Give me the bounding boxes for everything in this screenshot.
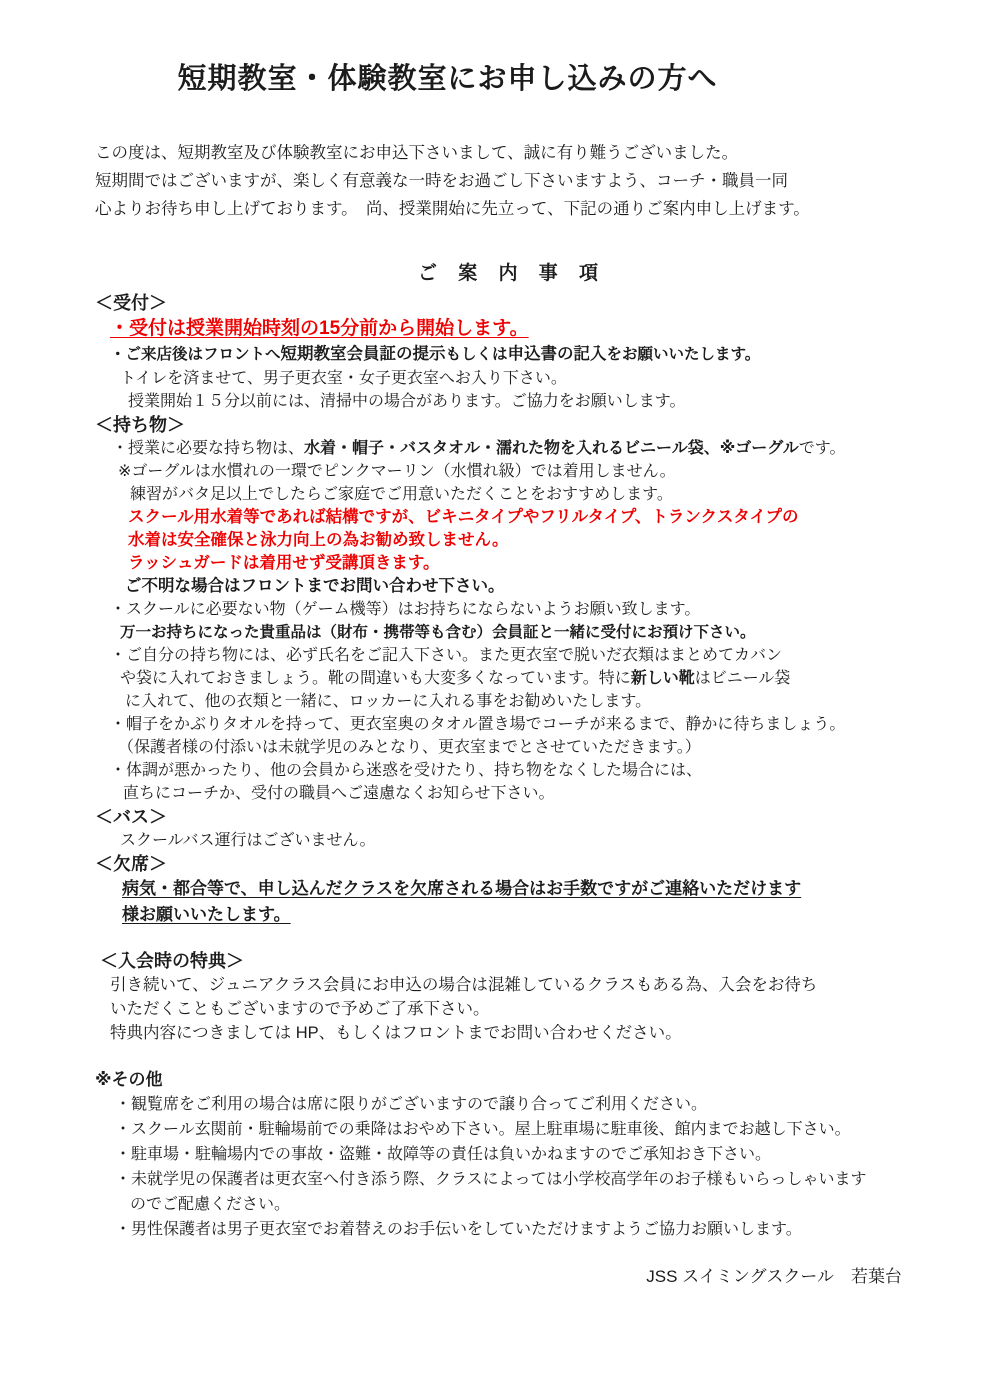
- reception-line-3: トイレを済ませて、男子更衣室・女子更衣室へお入り下さい。: [120, 367, 990, 390]
- benefits-line-1: 引き続いて、ジュニアクラス会員にお申込の場合は混雑しているクラスもある為、入会を…: [110, 973, 990, 997]
- rashguard-warning: ラッシュガードは着用せず受講頂きます。: [128, 552, 990, 575]
- bus-line: スクールバス運行はございません。: [120, 829, 990, 852]
- contact-front-notice: ご不明な場合はフロントまでお問い合わせ下さい。: [125, 575, 990, 598]
- item3-l2-a: や袋に入れておきましょう。靴の間違いも大変多くなっています。特に: [120, 670, 631, 687]
- belongings-goggle-note-1: ※ゴーグルは水慣れの一環でピンクマーリン（水慣れ級）では着用しません。: [118, 460, 990, 483]
- section-heading-bus: ＜バス＞: [95, 805, 990, 829]
- reception-front-line: ・ご来店後はフロントへ短期教室会員証の提示もしくは申込書の記入をお願いいたします…: [110, 342, 990, 367]
- section-heading-absence: ＜欠席＞: [95, 852, 990, 876]
- belongings-item1-required: 水着・帽子・バスタオル・濡れた物を入れるビニール袋、※ゴーグル: [304, 440, 799, 457]
- belongings-item-4-line-1: ・帽子をかぶりタオルを持って、更衣室奥のタオル置き場でコーチが来るまで、静かに待…: [110, 713, 990, 736]
- notice-header: ご 案 内 事 項: [0, 258, 990, 285]
- belongings-item1-c: です。: [799, 440, 846, 457]
- swimwear-warning-1: スクール用水着等であれば結構ですが、ビキニタイプやフリルタイプ、トランクスタイプ…: [128, 506, 990, 529]
- belongings-item-5-line-2: 直ちにコーチか、受付の職員へご遠慮なくお知らせ下さい。: [123, 782, 990, 805]
- item3-l2-new-shoes: 新しい靴: [631, 670, 695, 687]
- belongings-goggle-note-2: 練習がバタ足以上でしたらご家庭でご用意いただくことをおすすめします。: [130, 483, 990, 506]
- belongings-item1-a: ・授業に必要な持ち物は、: [112, 440, 304, 457]
- section-heading-reception: ＜受付＞: [95, 291, 990, 315]
- absence-line-2: 様お願いいたします。: [122, 902, 990, 928]
- reception-front-e: をお願いいたします。: [607, 346, 761, 363]
- signature: JSS スイミングスクール 若葉台: [0, 1262, 990, 1287]
- others-item-4-line-1: ・未就学児の保護者は更衣室へ付き添う際、クラスによっては小学校高学年のお子様もい…: [115, 1167, 990, 1192]
- belongings-item-4-line-2: （保護者様の付添いは未就学児のみとなり、更衣室までとさせていただきます。）: [118, 736, 990, 759]
- reception-front-a: ・ご来店後はフロントへ: [110, 346, 281, 363]
- section-heading-benefits: ＜入会時の特典＞: [100, 949, 990, 973]
- reception-line-4: 授業開始１５分以前には、清掃中の場合があります。ご協力をお願いします。: [128, 390, 990, 413]
- section-heading-others: ※その他: [95, 1067, 990, 1092]
- belongings-item-1: ・授業に必要な持ち物は、水着・帽子・バスタオル・濡れた物を入れるビニール袋、※ゴ…: [112, 437, 990, 460]
- benefits-line-2: いただくこともございますので予めご了承下さい。: [110, 997, 990, 1021]
- title-wrap: 短期教室・体験教室にお申し込みの方へ: [0, 0, 990, 97]
- benefits-line-3: 特典内容につきましては HP、もしくはフロントまでお問い合わせください。: [110, 1021, 990, 1045]
- swimwear-warning-2: 水着は安全確保と泳力向上の為お勧め致しません。: [128, 529, 990, 552]
- absence-line-1: 病気・都合等で、申し込んだクラスを欠席される場合はお手数ですがご連絡いただけます: [122, 876, 990, 902]
- document-body: ＜受付＞ ・受付は授業開始時刻の15分前から開始します。 ・ご来店後はフロントへ…: [95, 291, 990, 1242]
- others-item-1: ・観覧席をご利用の場合は席に限りがございますので譲り合ってご利用ください。: [115, 1092, 990, 1117]
- page-title: 短期教室・体験教室にお申し込みの方へ: [177, 63, 717, 95]
- document-page: 短期教室・体験教室にお申し込みの方へ この度は、短期教室及び体験教室にお申込下さ…: [0, 0, 990, 1400]
- intro-line-3: 心よりお待ち申し上げております。 尚、授業開始に先立って、下記の通りご案内申し上…: [95, 195, 990, 223]
- section-heading-belongings: ＜持ち物＞: [95, 413, 990, 437]
- belongings-item-2: ・スクールに必要ない物（ゲーム機等）はお持ちにならないようお願い致します。: [110, 598, 990, 621]
- intro-line-2: 短期間ではございますが、楽しく有意義な一時をお過ごし下さいますよう、コーチ・職員…: [95, 167, 990, 195]
- belongings-item-3-line-3: に入れて、他の衣類と一緒に、ロッカーに入れる事をお勧めいたします。: [125, 690, 990, 713]
- reception-front-b: 短期教室会員証の提示: [281, 345, 446, 363]
- reception-front-c: もしくは: [446, 346, 508, 363]
- reception-red-notice: ・受付は授業開始時刻の15分前から開始します。: [110, 315, 990, 342]
- belongings-item-5-line-1: ・体調が悪かったり、他の会員から迷惑を受けたり、持ち物をなくした場合には、: [110, 759, 990, 782]
- intro-paragraph: この度は、短期教室及び体験教室にお申込下さいまして、誠に有り難うございました。 …: [95, 139, 990, 223]
- belongings-item-3-line-2: や袋に入れておきましょう。靴の間違いも大変多くなっています。特に新しい靴はビニー…: [120, 667, 990, 690]
- valuables-notice: 万一お持ちになった貴重品は（財布・携帯等も含む）会員証と一緒に受付にお預け下さい…: [120, 621, 990, 644]
- intro-line-1: この度は、短期教室及び体験教室にお申込下さいまして、誠に有り難うございました。: [95, 139, 990, 167]
- others-item-5: ・男性保護者は男子更衣室でお着替えのお手伝いをしていただけますようご協力お願いし…: [115, 1217, 990, 1242]
- others-item-2: ・スクール玄関前・駐輪場前での乗降はおやめ下さい。屋上駐車場に駐車後、館内までお…: [115, 1117, 990, 1142]
- item3-l2-c: はビニール袋: [695, 670, 791, 687]
- others-item-4-line-2: のでご配慮ください。: [130, 1192, 990, 1217]
- others-item-3: ・駐車場・駐輪場内での事故・盗難・故障等の責任は負いかねますのでご承知おき下さい…: [115, 1142, 990, 1167]
- reception-front-d: 申込書の記入: [508, 345, 607, 363]
- belongings-item-3-line-1: ・ご自分の持ち物には、必ず氏名をご記入下さい。また更衣室で脱いだ衣類はまとめてカ…: [110, 644, 990, 667]
